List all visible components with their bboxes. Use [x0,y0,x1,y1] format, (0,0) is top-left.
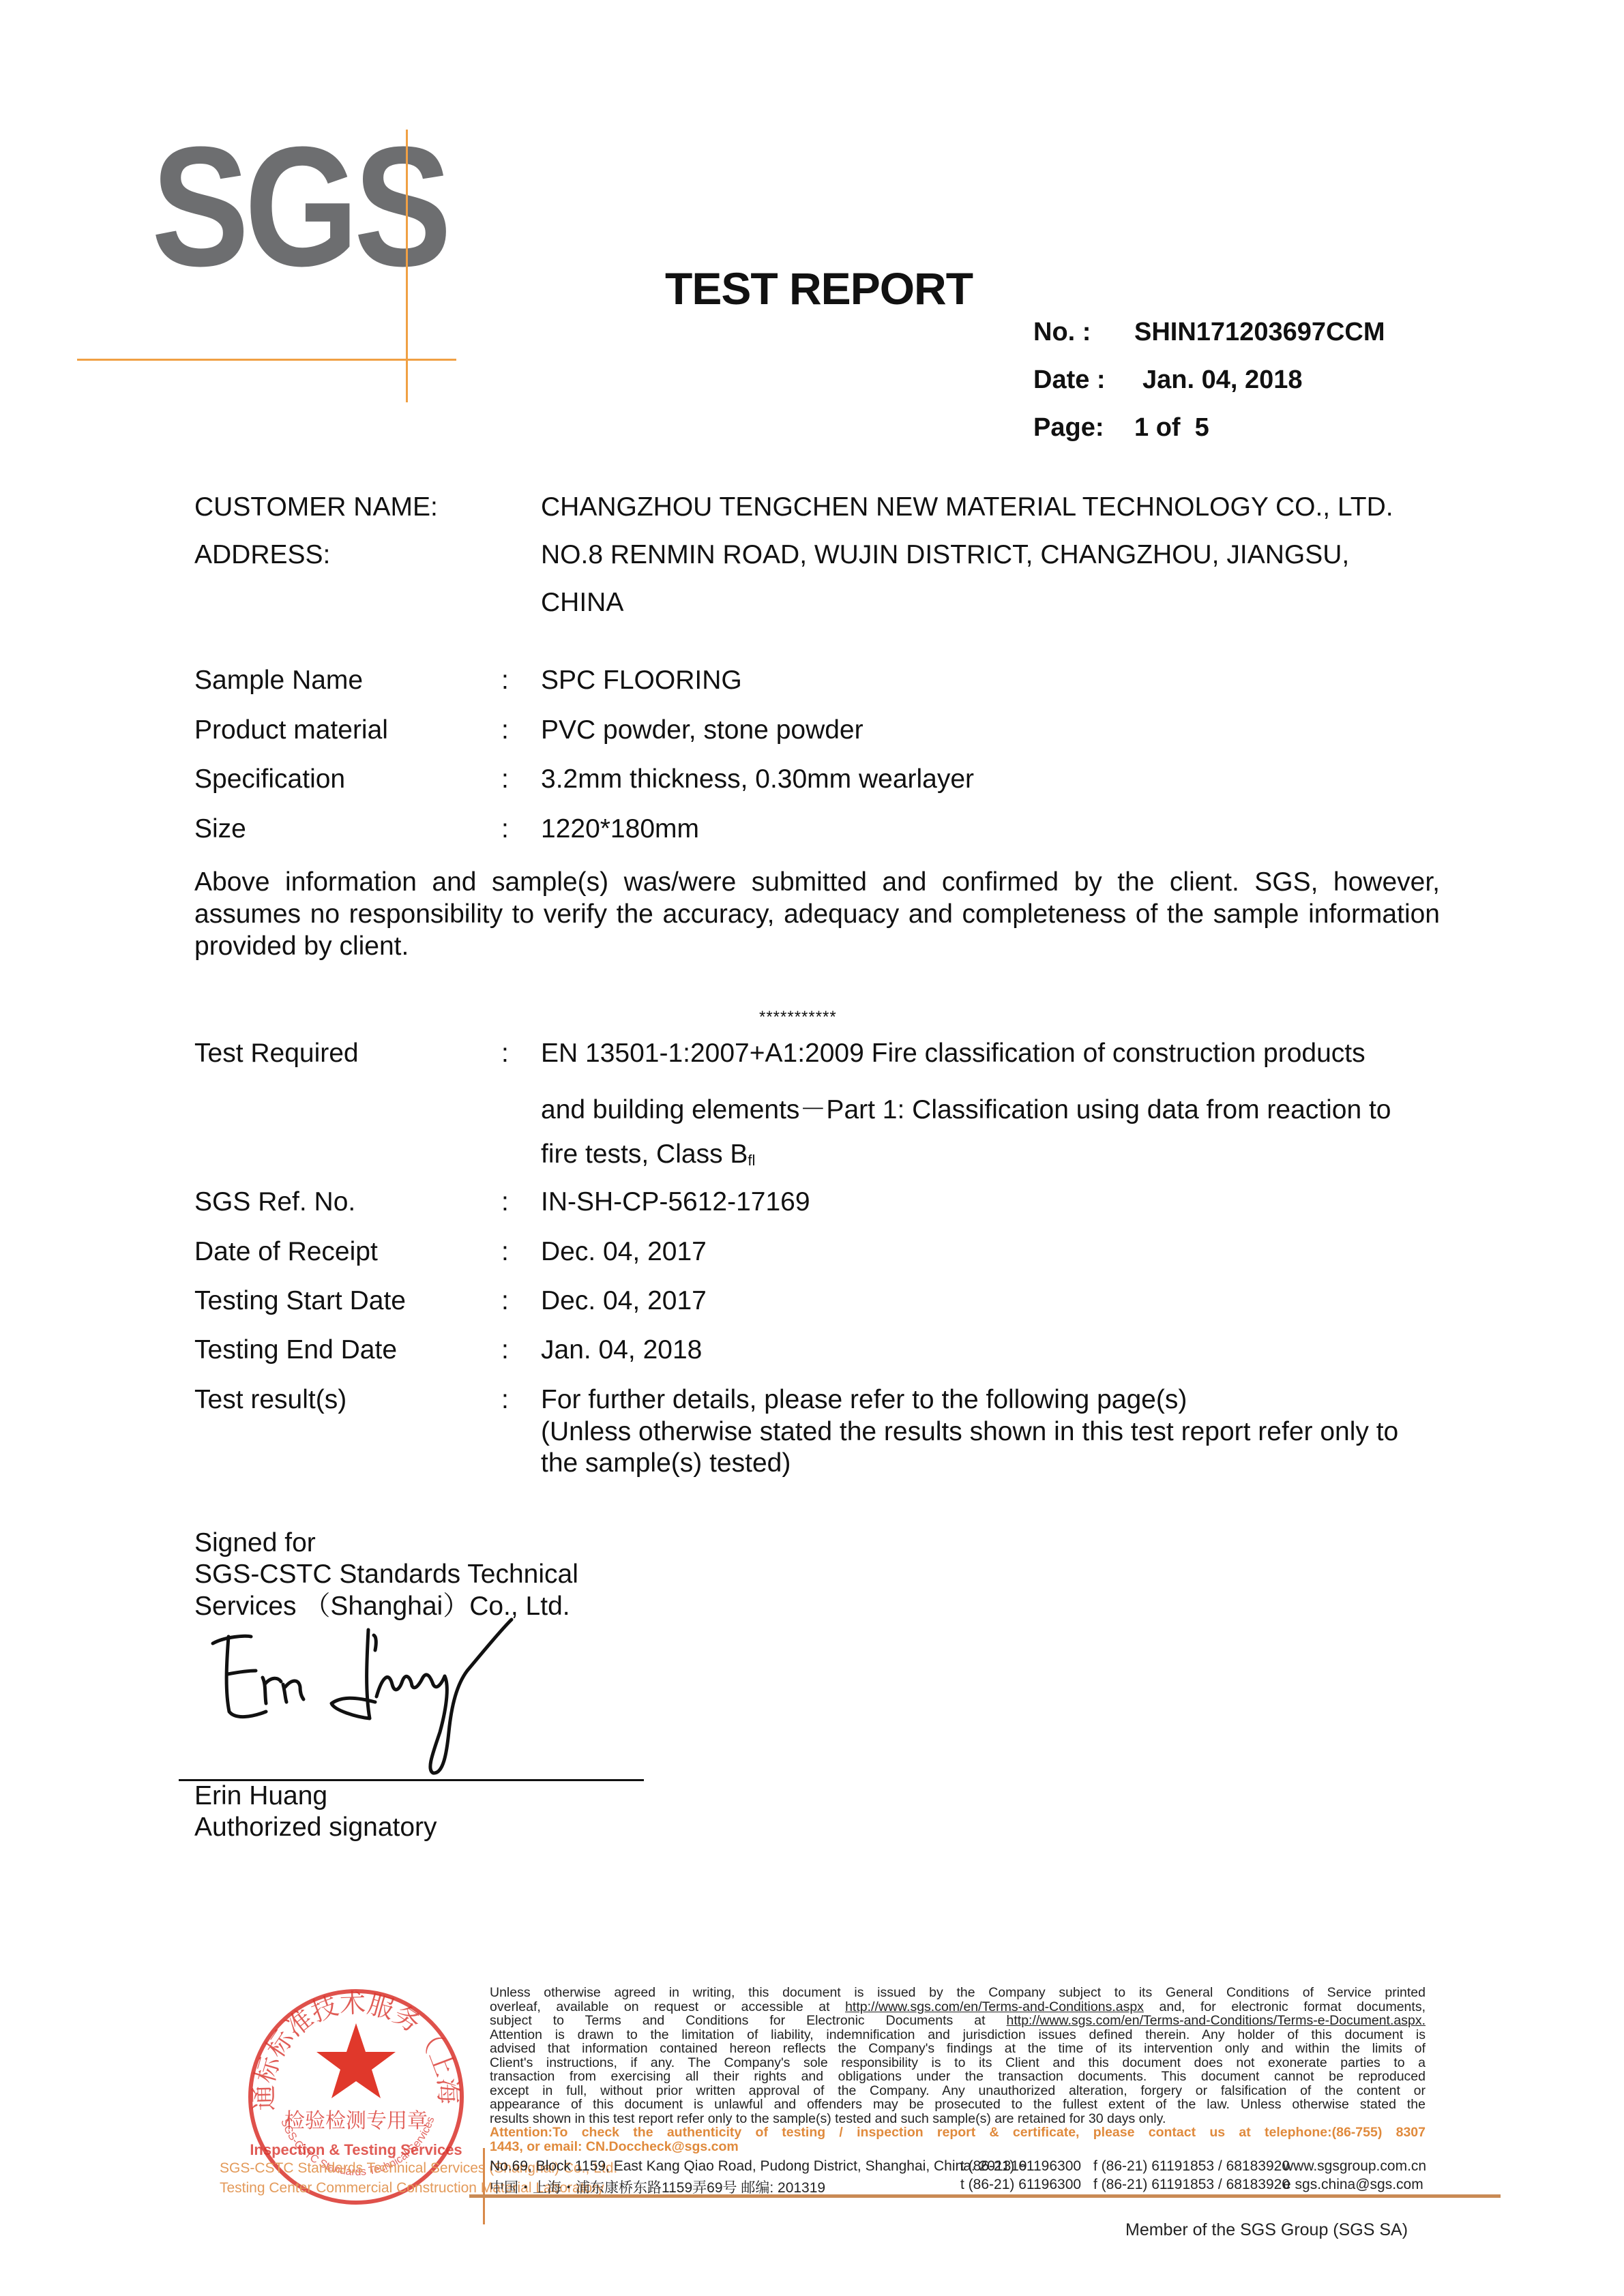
report-number-label: No. : [1033,318,1134,347]
report-number-value: SHIN171203697CCM [1134,318,1385,346]
colon: : [501,814,509,844]
address-line-2: CHINA [541,588,623,618]
colon: : [501,1286,509,1316]
terms-text: and, for electronic format documents, [1144,1999,1426,2014]
report-title: TEST REPORT [665,263,973,314]
size-value: 1220*180mm [541,814,699,844]
sgs-group-membership: Member of the SGS Group (SGS SA) [1125,2220,1408,2240]
terms-line: Attention is drawn to the limitation of … [490,2028,1426,2042]
report-date: Date :Jan. 04, 2018 [1033,366,1303,395]
colon: : [501,1237,509,1267]
test-result-label: Test result(s) [194,1385,346,1415]
signed-for: Signed for [194,1527,316,1559]
colon: : [501,1039,509,1069]
test-result-line-2: (Unless otherwise stated the results sho… [541,1417,1398,1447]
terms-line: subject to Terms and Conditions for Elec… [490,2014,1426,2028]
address-label: ADDRESS: [194,540,330,570]
office-address-english: No.69, Block 1159, East Kang Qiao Road, … [490,2158,1027,2175]
customer-name-value: CHANGZHOU TENGCHEN NEW MATERIAL TECHNOLO… [541,492,1393,522]
report-date-label: Date : [1033,366,1134,395]
terms-line: except in full, without prior written ap… [490,2084,1426,2098]
colon: : [501,1187,509,1217]
date-of-receipt-label: Date of Receipt [194,1237,378,1267]
testing-end-date-label: Testing End Date [194,1335,397,1365]
terms-link[interactable]: http://www.sgs.com/en/Terms-and-Conditio… [845,1999,1144,2014]
signatory-name: Erin Huang [194,1780,327,1812]
footer-vertical-line [483,2148,485,2224]
testing-end-date-value: Jan. 04, 2018 [541,1335,702,1365]
terms-link[interactable]: http://www.sgs.com/en/Terms-and-Conditio… [1007,2013,1426,2028]
date-of-receipt-value: Dec. 04, 2017 [541,1237,707,1267]
specification-label: Specification [194,764,345,794]
class-text: fire tests, Class B [541,1139,748,1169]
email-link[interactable]: e sgs.china@sgs.com [1283,2177,1423,2193]
terms-line: appearance of this document is unlawful … [490,2098,1426,2112]
sgs-ref-label: SGS Ref. No. [194,1187,355,1217]
specification-value: 3.2mm thickness, 0.30mm wearlayer [541,764,974,794]
sgs-logo: SGS [151,121,447,292]
test-required-line-2: and building elements－Part 1: Classifica… [541,1088,1391,1127]
report-number: No. :SHIN171203697CCM [1033,318,1385,347]
footer-horizontal-line [469,2194,1501,2198]
fax-chinese: f (86-21) 61191853 / 68183920 [1093,2177,1290,2193]
terms-line: overleaf, available on request or access… [490,2000,1426,2014]
terms-text: overleaf, available on request or access… [490,1999,845,2014]
colon: : [501,1335,509,1365]
colon: : [501,715,509,745]
test-result-line-3: the sample(s) tested) [541,1448,791,1478]
terms-disclaimer: Unless otherwise agreed in writing, this… [490,1986,1426,2153]
product-material-label: Product material [194,715,388,745]
signing-company-line-1: SGS-CSTC Standards Technical [194,1559,578,1590]
stamp-center-english: Inspection & Testing Services [250,2141,462,2158]
report-page-value: 1 of 5 [1134,413,1209,442]
test-required-label: Test Required [194,1039,359,1069]
testing-start-date-label: Testing Start Date [194,1286,406,1316]
size-label: Size [194,814,246,844]
fax-english: f (86-21) 61191853 / 68183920 [1093,2158,1290,2175]
telephone-english: t (86-21) 61196300 [960,2158,1081,2175]
test-result-line-1: For further details, please refer to the… [541,1385,1187,1415]
sgs-ref-value: IN-SH-CP-5612-17169 [541,1187,810,1217]
authenticity-notice-line-1: Attention:To check the authenticity of t… [490,2126,1426,2140]
test-required-line-3: fire tests, Class Bfl [541,1139,755,1169]
website-link[interactable]: www.sgsgroup.com.cn [1283,2158,1426,2175]
report-date-value: Jan. 04, 2018 [1142,366,1303,394]
testing-start-date-value: Dec. 04, 2017 [541,1286,707,1316]
terms-text: subject to Terms and Conditions for Elec… [490,2013,1007,2028]
terms-line: advised that information contained hereo… [490,2042,1426,2056]
terms-line: Client's instructions, if any. The Compa… [490,2056,1426,2070]
test-required-line-1: EN 13501-1:2007+A1:2009 Fire classificat… [541,1039,1365,1069]
telephone-chinese: t (86-21) 61196300 [960,2177,1081,2193]
terms-line: Unless otherwise agreed in writing, this… [490,1986,1426,2000]
report-page: Page:1 of 5 [1033,413,1209,443]
sample-name-label: Sample Name [194,666,363,696]
official-stamp: 通标标准技术服务（上海）有限公司 检验检测专用章 Inspection & Te… [240,1981,472,2213]
report-page-label: Page: [1033,413,1134,443]
sample-name-value: SPC FLOORING [541,666,742,696]
signatory-role: Authorized signatory [194,1812,437,1843]
customer-name-label: CUSTOMER NAME: [194,492,438,522]
class-subscript: fl [748,1152,755,1169]
section-separator: *********** [759,1008,837,1027]
terms-line: transaction from exercising all their ri… [490,2070,1426,2084]
colon: : [501,1385,509,1415]
colon: : [501,666,509,696]
product-material-value: PVC powder, stone powder [541,715,863,745]
stamp-center-chinese: 检验检测专用章 [284,2109,428,2133]
address-line-1: NO.8 RENMIN ROAD, WUJIN DISTRICT, CHANGZ… [541,540,1349,570]
colon: : [501,764,509,794]
logo-horizontal-line [77,359,456,361]
authenticity-notice-line-2: 1443, or email: CN.Doccheck@sgs.com [490,2140,1426,2154]
terms-line: results shown in this test report refer … [490,2112,1426,2126]
handwritten-signature [198,1616,621,1780]
star-icon [316,2023,396,2098]
client-info-disclaimer: Above information and sample(s) was/were… [194,866,1440,962]
logo-vertical-line [406,130,408,402]
